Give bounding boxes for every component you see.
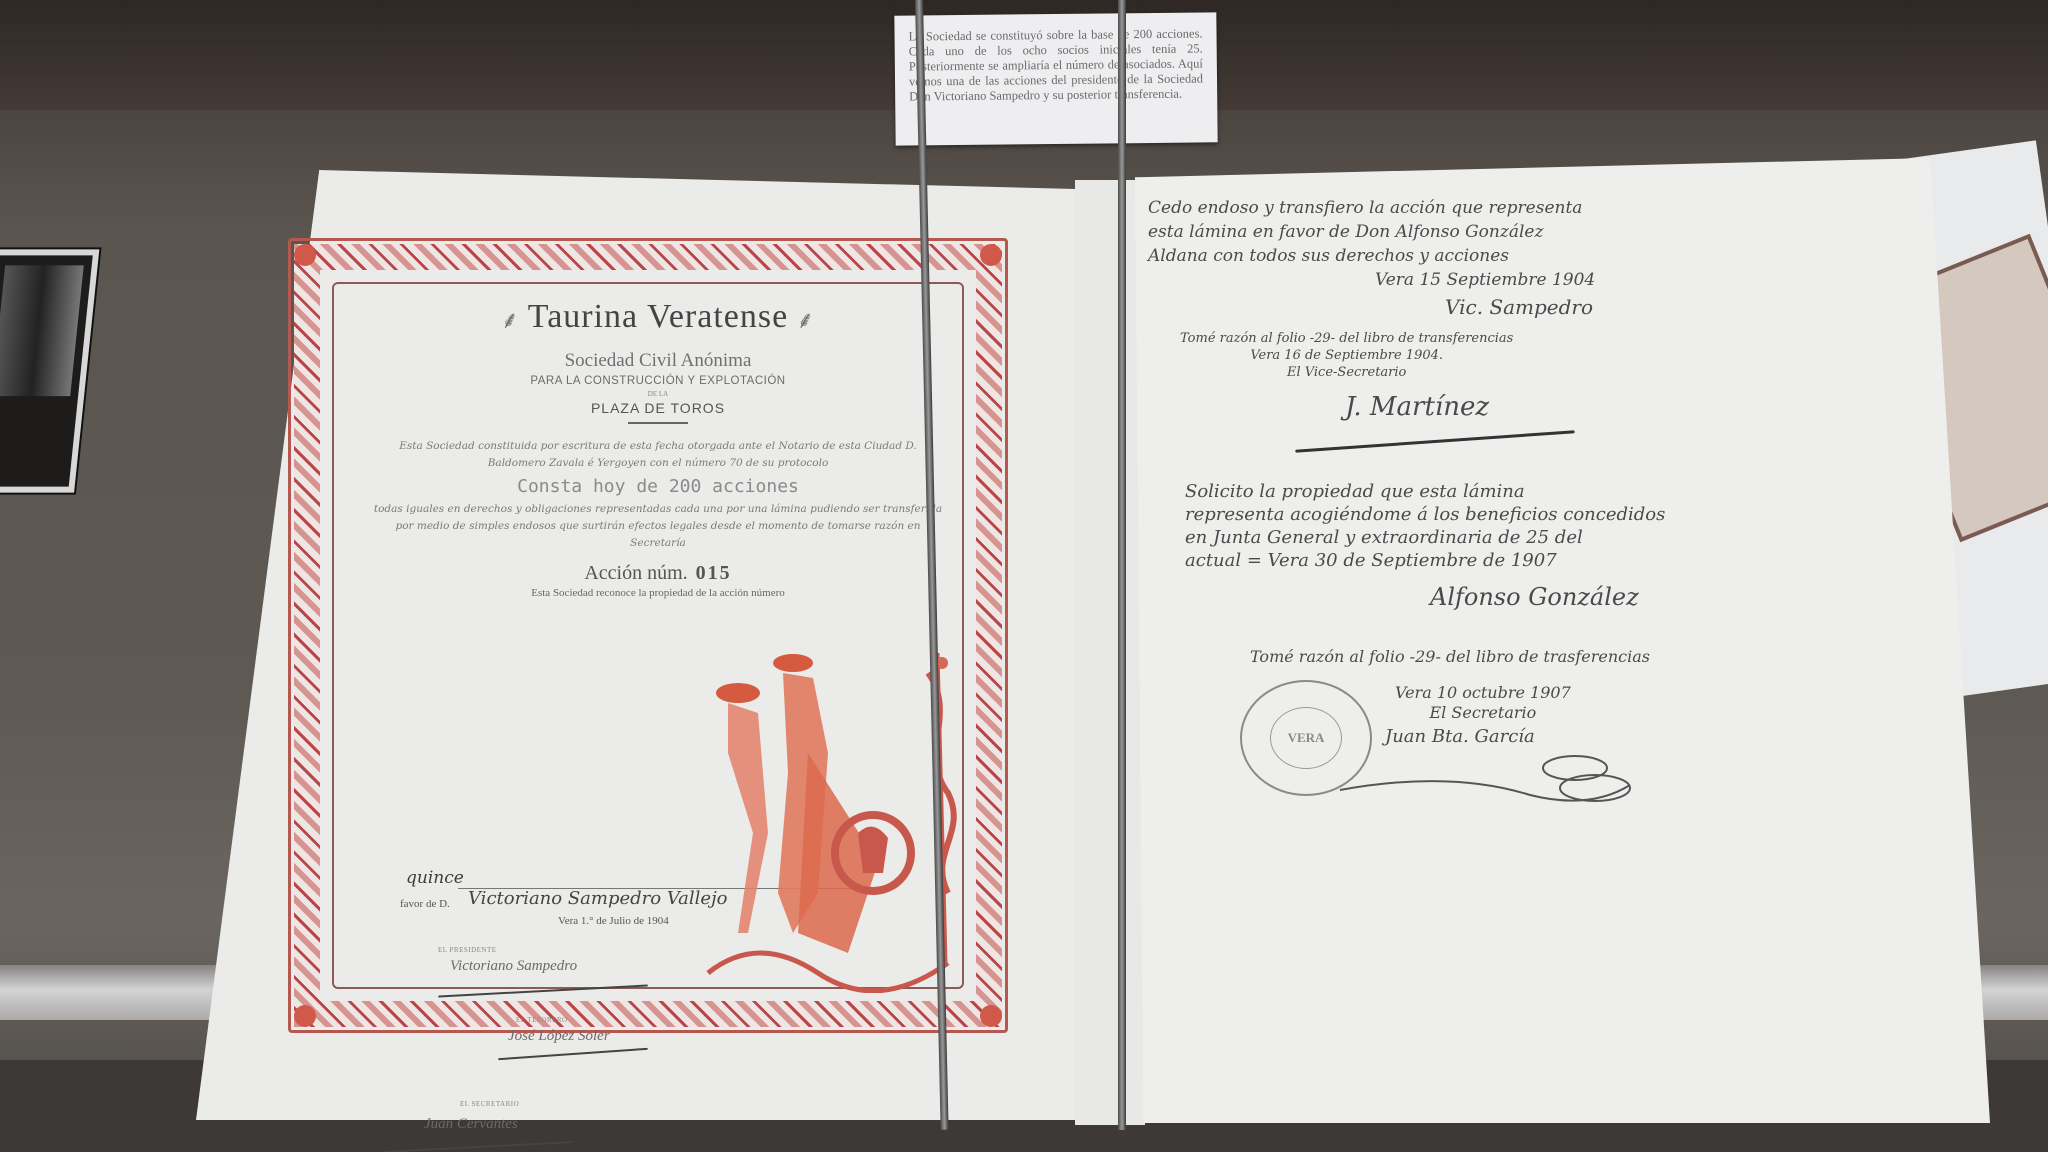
handwritten-line: Solicito la propiedad que esta lámina <box>1185 480 1665 503</box>
registration-2-line: Tomé razón al folio -29- del libro de tr… <box>1250 645 1650 669</box>
corner-rosette-icon <box>294 244 316 266</box>
treasurer-name: José López Soler <box>508 1028 610 1045</box>
issue-date: Vera 1.° de Julio de 1904 <box>558 915 669 927</box>
corner-rosette-icon <box>980 244 1002 266</box>
company-purpose: PARA LA CONSTRUCCIÓN Y EXPLOTACIÓN <box>358 375 958 387</box>
partial-photograph <box>0 249 99 492</box>
handwritten-line: representa acogiéndome á los beneficios … <box>1185 503 1665 526</box>
divider <box>628 422 688 424</box>
transfer-text: Cedo endoso y transfiero la acción que r… <box>1148 196 1582 268</box>
registration-1-signature: J. Martínez <box>1345 395 1489 419</box>
registration-1-text: Tomé razón al folio -29- del libro de tr… <box>1180 330 1513 381</box>
president-label: El Presidente <box>438 946 497 954</box>
secretary-label: El Secretario <box>460 1100 519 1108</box>
redemption-text: Solicito la propiedad que esta lámina re… <box>1185 480 1665 572</box>
handwritten-line: actual = Vera 30 de Septiembre de 1907 <box>1185 549 1665 572</box>
shares-text: todas iguales en derechos y obligaciones… <box>368 501 948 552</box>
placard-text: La Sociedad se constituyó sobre la base … <box>908 26 1203 103</box>
rubric-flourish-icon <box>1330 740 1650 820</box>
handwritten-line: El Secretario <box>1395 703 1571 723</box>
handwritten-line: Cedo endoso y transfiero la acción que r… <box>1148 196 1582 220</box>
sheet-fold <box>1075 180 1145 1125</box>
certificate-title: ⸙Taurina Veratense⸙ <box>358 298 958 336</box>
support-rod <box>1118 0 1126 1130</box>
fleuron-icon: ⸙ <box>501 308 520 334</box>
certificate-body: ⸙Taurina Veratense⸙ Sociedad Civil Anóni… <box>358 288 958 599</box>
constitution-text: Esta Sociedad constituida por escritura … <box>382 438 934 472</box>
connector-text: DE LA <box>358 390 958 398</box>
share-label: Acción núm. <box>584 562 687 584</box>
recognition-text: Esta Sociedad reconoce la propiedad de l… <box>358 587 958 599</box>
corner-rosette-icon <box>294 1005 316 1027</box>
handwritten-line: Vera 10 octubre 1907 <box>1395 683 1571 703</box>
holder-name: Victoriano Sampedro Vallejo <box>468 888 728 909</box>
favor-label: favor de D. <box>400 898 450 910</box>
handwritten-line: en Junta General y extraordinaria de 25 … <box>1185 526 1665 549</box>
president-name: Victoriano Sampedro <box>450 958 577 975</box>
venue-name: PLAZA DE TOROS <box>358 400 958 416</box>
share-number: 015 <box>696 562 732 584</box>
share-number-line: Acción núm.015 <box>358 562 958 585</box>
handwritten-line: esta lámina en favor de Don Alfonso Gonz… <box>1148 220 1582 244</box>
transfer-signature: Vic. Sampedro <box>1445 295 1593 319</box>
redemption-signature: Alfonso González <box>1430 585 1639 609</box>
title-text: Taurina Veratense <box>528 298 788 335</box>
registration-2-text: Vera 10 octubre 1907 El Secretario <box>1395 683 1571 723</box>
handwritten-line: Vera 16 de Septiembre 1904. <box>1180 347 1513 364</box>
company-type: Sociedad Civil Anónima <box>358 350 958 372</box>
share-number-handwritten: quince <box>406 868 464 888</box>
bullfighters-illustration-icon <box>698 633 968 993</box>
shares-heading: Consta hoy de 200 acciones <box>358 476 958 497</box>
fleuron-icon: ⸙ <box>796 308 815 334</box>
secretary-name: Juan Cervantes <box>424 1116 518 1133</box>
info-placard: La Sociedad se constituyó sobre la base … <box>894 12 1217 145</box>
handwritten-line: El Vice-Secretario <box>1180 364 1513 381</box>
handwritten-line: Tomé razón al folio -29- del libro de tr… <box>1180 330 1513 347</box>
corner-rosette-icon <box>980 1005 1002 1027</box>
transfer-date: Vera 15 Septiembre 1904 <box>1375 268 1595 292</box>
share-certificate: ⸙Taurina Veratense⸙ Sociedad Civil Anóni… <box>288 238 1008 1033</box>
treasurer-label: El Tesorero <box>516 1016 568 1024</box>
handwritten-line: Aldana con todos sus derechos y acciones <box>1148 244 1582 268</box>
